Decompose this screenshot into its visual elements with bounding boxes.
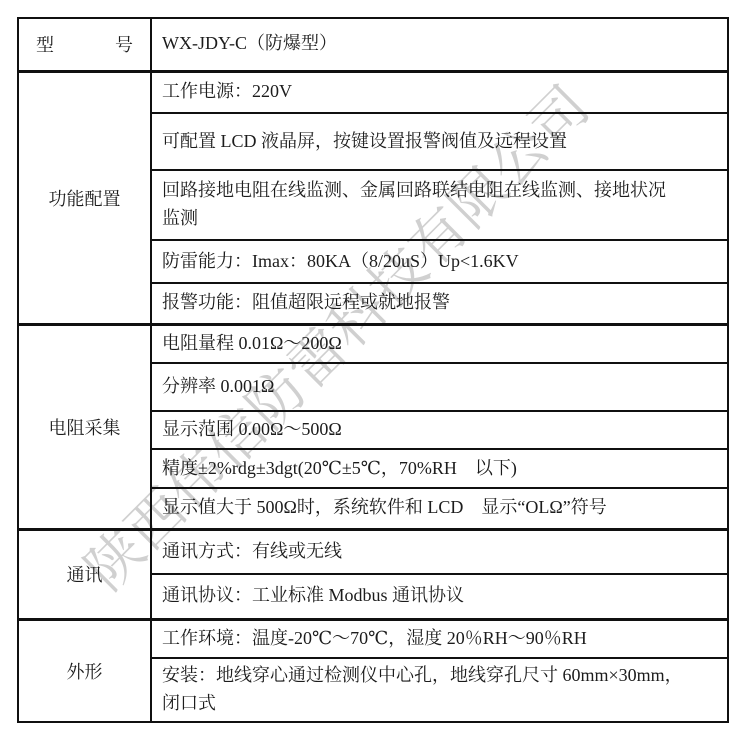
- spec-value: 报警功能：阻值超限远程或就地报警: [151, 283, 728, 324]
- spec-value: 可配置 LCD 液晶屏，按键设置报警阀值及远程设置: [151, 113, 728, 170]
- spec-value: 显示范围 0.00Ω～500Ω: [151, 411, 728, 449]
- spec-value: 分辨率 0.001Ω: [151, 363, 728, 411]
- spec-value: 回路接地电阻在线监测、金属回路联结电阻在线监测、接地状况 监测: [151, 170, 728, 240]
- row-group-label: 通讯: [18, 529, 151, 619]
- table-row: 通讯通讯方式：有线或无线: [18, 529, 728, 574]
- row-group-label: 功能配置: [18, 71, 151, 324]
- spec-value: 安装：地线穿心通过检测仪中心孔，地线穿孔尺寸 60mm×30mm， 闭口式: [151, 658, 728, 722]
- row-group-label: 外形: [18, 619, 151, 722]
- table-row: 外形工作环境：温度-20℃～70℃，湿度 20％RH～90％RH: [18, 619, 728, 658]
- spec-value: WX-JDY-C（防爆型）: [151, 18, 728, 71]
- label-char: 号: [115, 31, 133, 57]
- spec-value: 工作环境：温度-20℃～70℃，湿度 20％RH～90％RH: [151, 619, 728, 658]
- spec-value: 防雷能力：Imax：80KA（8/20uS）Up<1.6KV: [151, 240, 728, 283]
- row-group-label: 型号: [18, 18, 151, 71]
- spec-value: 通讯方式：有线或无线: [151, 529, 728, 574]
- spec-table: 型号WX-JDY-C（防爆型）功能配置工作电源：220V可配置 LCD 液晶屏，…: [17, 17, 729, 723]
- spec-value: 精度±2%rdg±3dgt(20℃±5℃，70%RH 以下): [151, 449, 728, 488]
- label-char: 型: [36, 31, 54, 57]
- spec-value: 工作电源：220V: [151, 71, 728, 113]
- document-page: 陕西伟信防雷科技有限公司 型号WX-JDY-C（防爆型）功能配置工作电源：220…: [0, 0, 750, 730]
- spec-value: 显示值大于 500Ω时，系统软件和 LCD 显示“OLΩ”符号: [151, 488, 728, 529]
- spec-table-body: 型号WX-JDY-C（防爆型）功能配置工作电源：220V可配置 LCD 液晶屏，…: [18, 18, 728, 722]
- spec-value: 通讯协议：工业标准 Modbus 通讯协议: [151, 574, 728, 619]
- row-group-label: 电阻采集: [18, 324, 151, 529]
- table-row: 电阻采集电阻量程 0.01Ω～200Ω: [18, 324, 728, 363]
- table-row: 功能配置工作电源：220V: [18, 71, 728, 113]
- spec-value: 电阻量程 0.01Ω～200Ω: [151, 324, 728, 363]
- table-row: 型号WX-JDY-C（防爆型）: [18, 18, 728, 71]
